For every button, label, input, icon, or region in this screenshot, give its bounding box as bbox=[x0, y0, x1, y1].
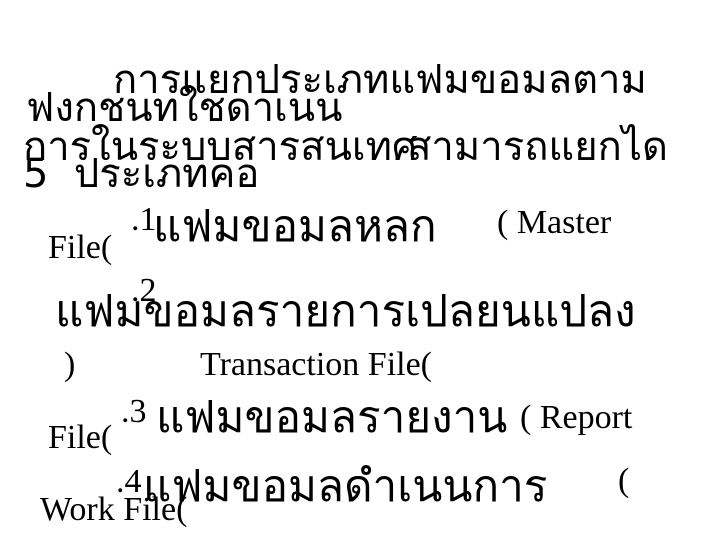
presentation-slide: การแยกประเภทแฟมขอมลตาม ฟงกชนทใชดาเนน การ… bbox=[0, 0, 720, 540]
item-2-close-paren: ) bbox=[64, 348, 75, 382]
title-line-4: 5 ประเภทคอ bbox=[23, 154, 259, 194]
item-3-english-wrap: File( bbox=[48, 421, 112, 455]
item-1-english-wrap: File( bbox=[48, 231, 112, 265]
title-line-2: ฟงกชนทใชดาเนน bbox=[26, 88, 342, 128]
item-1-english-open: ( Master bbox=[497, 206, 611, 240]
title-line-3-right: สามารถแยกได bbox=[407, 127, 668, 167]
item-2-thai-text: แฟมขอมลรายการเปลยนแปลง bbox=[55, 290, 636, 334]
item-4-open-paren: ( bbox=[618, 464, 629, 498]
item-2-english-text: Transaction File( bbox=[200, 348, 432, 382]
item-3-number: .3 bbox=[121, 395, 147, 429]
item-1-thai-text: แฟมขอมลหลก bbox=[153, 205, 437, 249]
item-3-thai-text: แฟมขอมลรายงาน bbox=[156, 396, 507, 440]
item-3-english-open: ( Report bbox=[520, 401, 632, 435]
item-4-thai-text: แฟมขอมลดำเนนการ bbox=[143, 465, 547, 509]
item-4-english-wrap: Work File( bbox=[40, 493, 187, 527]
